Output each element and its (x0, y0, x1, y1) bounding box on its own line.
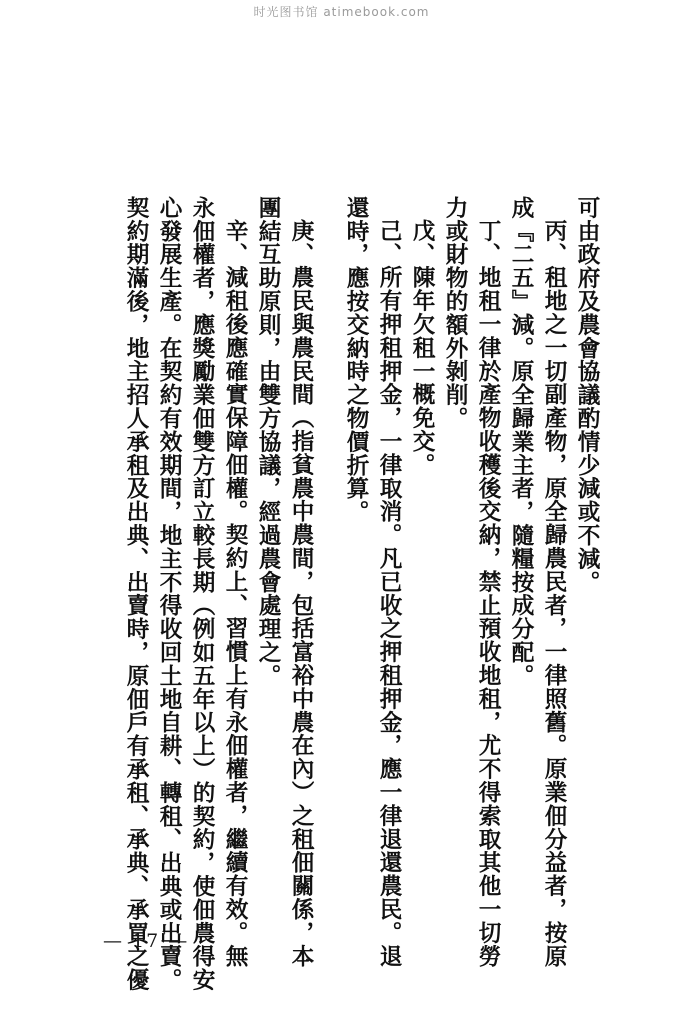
text-column-9: 庚、農民與農民間（指貧農中農間，包括富裕中農在內）之租佃關係，本 (285, 196, 317, 968)
text-column-4: 丁、地租一律於產物收穫後交納，禁止預收地租，尤不得索取其他一切勞 (472, 196, 504, 968)
text-column-10: 團結互助原則，由雙方協議，經過農會處理之。 (252, 196, 284, 687)
text-column-11: 辛、減租後應確實保障佃權。契約上、習慣上有永佃權者，繼續有效。無 (219, 196, 251, 968)
text-column-14: 契約期滿後，地主招人承租及出典、出賣時，原佃戶有承租、承典、承買之優 (120, 196, 152, 992)
text-column-6: 戊、陳年欠租一概免交。 (406, 196, 438, 476)
watermark-text: 时光图书馆 atimebook.com (0, 3, 683, 20)
text-column-3: 成『二五』減。原全歸業主者，隨糧按成分配。 (505, 196, 537, 687)
text-column-7: 己、所有押租押金，一律取消。凡已收之押租押金，應一律退還農民。退 (373, 196, 405, 968)
text-column-8: 還時，應按交納時之物價折算。 (340, 196, 372, 524)
text-column-13: 心發展生產。在契約有效期間，地主不得收回土地自耕、轉租、出典或出賣。 (153, 196, 185, 992)
page-number: — 17 — (103, 930, 189, 952)
text-column-5: 力或財物的額外剝削。 (439, 196, 471, 430)
page-body: 可由政府及農會協議酌情少減或不減。 丙、租地之一切副產物，原全歸農民者，一律照舊… (100, 196, 600, 916)
text-column-1: 可由政府及農會協議酌情少減或不減。 (571, 196, 603, 594)
text-column-2: 丙、租地之一切副產物，原全歸農民者，一律照舊。原業佃分益者，按原 (538, 196, 570, 968)
text-column-12: 永佃權者，應獎勵業佃雙方訂立較長期（例如五年以上）的契約，使佃農得安 (186, 196, 218, 992)
